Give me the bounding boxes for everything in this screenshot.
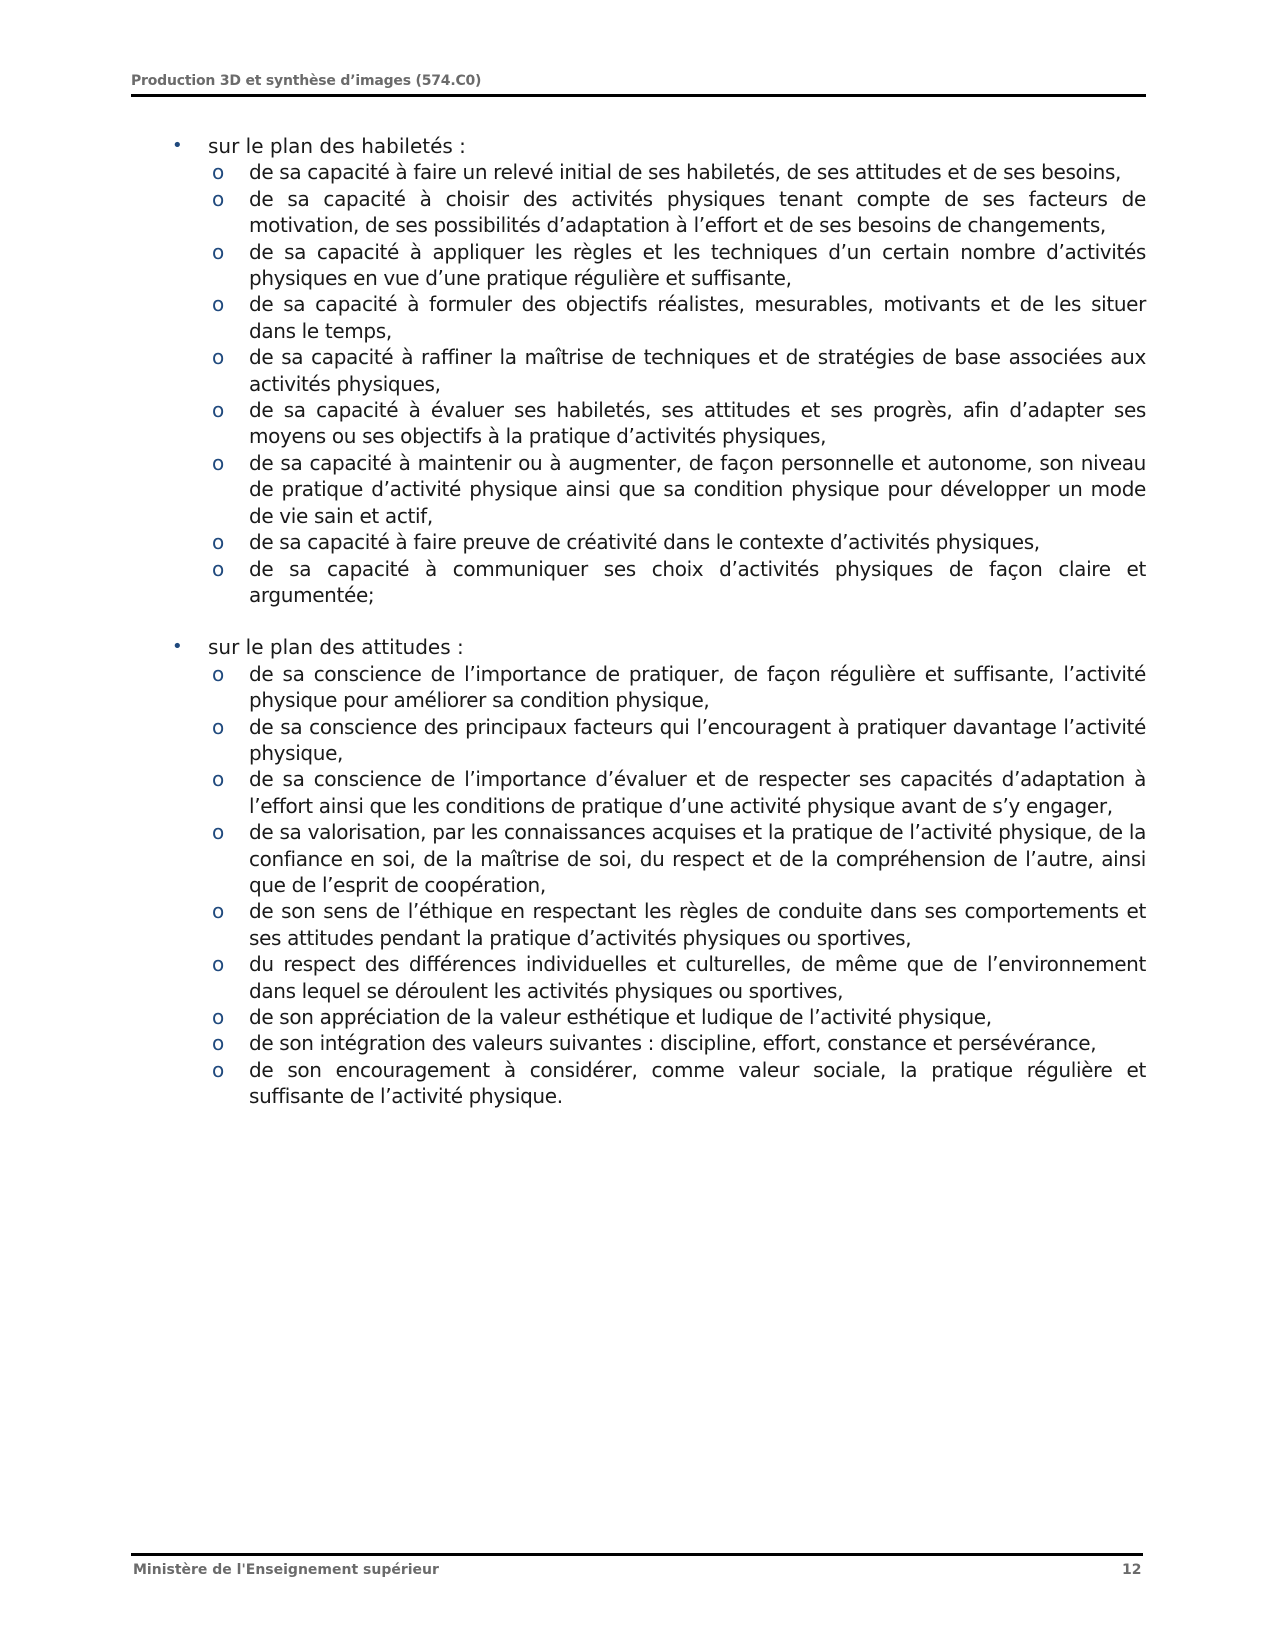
list-item: ode sa conscience de l’importance d’éval… [212,766,1146,819]
circle-bullet-icon: o [212,1057,249,1110]
sub-list: ode sa conscience de l’importance de pra… [212,661,1146,1110]
list-item: ode sa capacité à appliquer les règles e… [212,239,1146,292]
bullet-icon: • [168,634,208,660]
list-item: ode sa capacité à communiquer ses choix … [212,556,1146,609]
circle-bullet-icon: o [212,450,249,529]
list-item: odu respect des différences individuelle… [212,951,1146,1004]
sub-list: ode sa capacité à faire un relevé initia… [212,159,1146,608]
list-item: ode son sens de l’éthique en respectant … [212,898,1146,951]
list-item: ode sa capacité à maintenir ou à augment… [212,450,1146,529]
section-label: sur le plan des attitudes : [208,634,464,660]
section-attitudes: • sur le plan des attitudes : ode sa con… [168,634,1146,1109]
list-item: ode sa capacité à choisir des activités … [212,186,1146,239]
circle-bullet-icon: o [212,344,249,397]
header-title: Production 3D et synthèse d’images (574.… [131,73,1146,89]
list-item: ode sa valorisation, par les connaissanc… [212,819,1146,898]
page-number: 12 [1122,1562,1141,1578]
circle-bullet-icon: o [212,556,249,609]
list-item: ode sa conscience des principaux facteur… [212,714,1146,767]
circle-bullet-icon: o [212,159,249,185]
footer-divider [131,1553,1143,1556]
bullet-icon: • [168,133,208,159]
list-item: ode son intégration des valeurs suivante… [212,1030,1146,1056]
circle-bullet-icon: o [212,529,249,555]
circle-bullet-icon: o [212,819,249,898]
circle-bullet-icon: o [212,1030,249,1056]
list-item: ode sa capacité à faire un relevé initia… [212,159,1146,185]
list-item: ode sa capacité à évaluer ses habiletés,… [212,397,1146,450]
page-header: Production 3D et synthèse d’images (574.… [131,73,1146,89]
section-label: sur le plan des habiletés : [208,133,466,159]
section-habiletes: • sur le plan des habiletés : ode sa cap… [168,133,1146,608]
list-item: ode sa capacité à formuler des objectifs… [212,291,1146,344]
section-heading: • sur le plan des habiletés : [168,133,1146,159]
circle-bullet-icon: o [212,239,249,292]
circle-bullet-icon: o [212,714,249,767]
footer-ministry: Ministère de l'Enseignement supérieur [133,1562,439,1578]
circle-bullet-icon: o [212,766,249,819]
circle-bullet-icon: o [212,951,249,1004]
list-item: ode son appréciation de la valeur esthét… [212,1004,1146,1030]
circle-bullet-icon: o [212,1004,249,1030]
list-item: ode sa capacité à faire preuve de créati… [212,529,1146,555]
list-item: ode sa capacité à raffiner la maîtrise d… [212,344,1146,397]
header-divider [131,94,1146,97]
circle-bullet-icon: o [212,898,249,951]
list-item: ode sa conscience de l’importance de pra… [212,661,1146,714]
list-item: ode son encouragement à considérer, comm… [212,1057,1146,1110]
circle-bullet-icon: o [212,291,249,344]
section-heading: • sur le plan des attitudes : [168,634,1146,660]
circle-bullet-icon: o [212,186,249,239]
circle-bullet-icon: o [212,661,249,714]
circle-bullet-icon: o [212,397,249,450]
document-body: • sur le plan des habiletés : ode sa cap… [168,133,1146,1136]
